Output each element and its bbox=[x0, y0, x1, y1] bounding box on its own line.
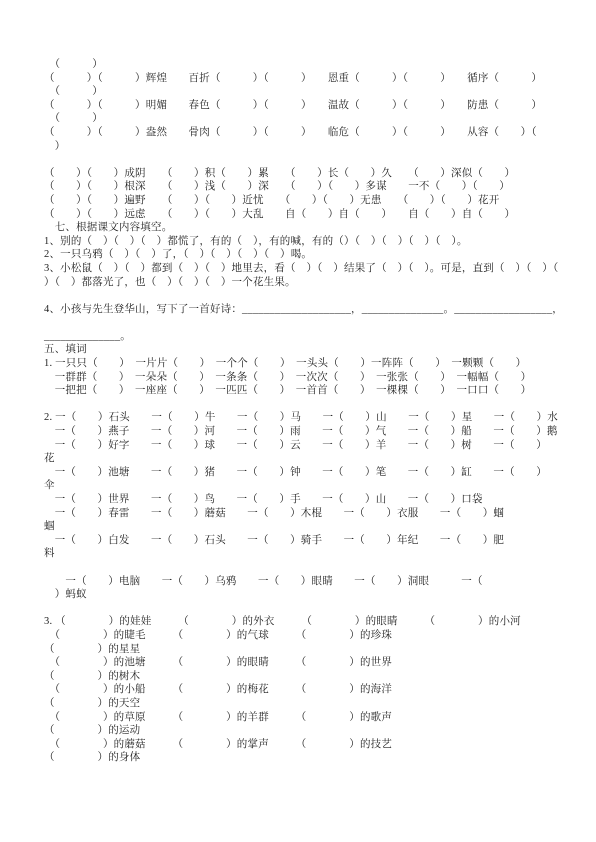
text-line: 一（ ）世界 一（ ）鸟 一（ ）手 一（ ）山 一（ ）口袋 bbox=[44, 493, 578, 507]
text-line: （ ）的天空 bbox=[44, 697, 578, 711]
text-line: ）蚂蚁 bbox=[44, 588, 578, 602]
section-five-word-fill: 五、填词1. 一只只（ ） 一片片（ ） 一个个（ ） 一头头（ ）一阵阵（ ）… bbox=[44, 343, 578, 764]
text-line: （ ）（ ）成阴 （ ）积（ ）累 （ ）长（ ）久 （ ）深似（ ） bbox=[44, 167, 578, 181]
text-line: 蝈 bbox=[44, 520, 578, 534]
text-line: 一（ ）好字 一（ ）球 一（ ）云 一（ ）羊 一（ ）树 一（ ） bbox=[44, 439, 578, 453]
text-line: （ ）的运动 bbox=[44, 724, 578, 738]
text-line: ______________。 bbox=[44, 330, 578, 344]
spacer-line bbox=[44, 602, 578, 616]
text-line: （ ）（ ）盎然 骨肉（ ）（ ） 临危（ ）（ ） 从容（ ）（ bbox=[44, 126, 578, 140]
text-line: 3、小松鼠（ ）（ ）都到（ ）（ ）地里去，看（ ）（ ）结果了（ ）（ ）。… bbox=[44, 262, 578, 276]
text-line: 3. （ ）的娃娃 （ ）的外衣 （ ）的眼睛 （ ）的小河 bbox=[44, 615, 578, 629]
text-line: 4、小孩与先生登华山，写下了一首好诗：____________________，… bbox=[44, 303, 578, 317]
spacer-line bbox=[44, 289, 578, 303]
text-line: 2、一只乌鸦（ ）（ ）了，（ ）（ ）（ ）（ ）喝。 bbox=[44, 248, 578, 262]
text-line: （ ） bbox=[44, 112, 578, 126]
spacer-line bbox=[44, 153, 578, 167]
section-idiom-completion: （ ）（ ）（ ）辉煌 百折（ ）（ ） 恩重（ ）（ ） 循序（ ） （ ）（… bbox=[44, 58, 578, 221]
text-line: 1、别的（ ）（ ）（ ）都慌了，有的（ ），有的喊，有的（）（ ）（ ）（ ）… bbox=[44, 235, 578, 249]
text-line: （ ） bbox=[44, 85, 578, 99]
text-line: ） bbox=[44, 140, 578, 154]
text-line: 五、填词 bbox=[44, 343, 578, 357]
text-line: 一群群（ ） 一朵朵（ ） 一条条（ ） 一次次（ ） 一张张（ ） 一幅幅（ … bbox=[44, 371, 578, 385]
text-line: 1. 一只只（ ） 一片片（ ） 一个个（ ） 一头头（ ）一阵阵（ ） 一颗颗… bbox=[44, 357, 578, 371]
spacer-line bbox=[44, 398, 578, 412]
text-line: 伞 bbox=[44, 479, 578, 493]
text-line: 一（ ）电脑 一（ ）乌鸦 一（ ）眼睛 一（ ）洞眼 一（ bbox=[44, 575, 578, 589]
text-line: 花 bbox=[44, 452, 578, 466]
text-line: （ ）（ ）明媚 春色（ ）（ ） 温故（ ）（ ） 防患（ ） bbox=[44, 99, 578, 113]
text-line: （ ）的蘑菇 （ ）的掌声 （ ）的技艺 bbox=[44, 738, 578, 752]
worksheet-page: （ ）（ ）（ ）辉煌 百折（ ）（ ） 恩重（ ）（ ） 循序（ ） （ ）（… bbox=[0, 0, 596, 842]
text-line: 一把把（ ） 一座座（ ） 一匹匹（ ） 一首首（ ） 一棵棵（ ） 一口口（ … bbox=[44, 384, 578, 398]
text-line: （ ）的睫毛 （ ）的气球 （ ）的珍珠 bbox=[44, 629, 578, 643]
text-line: ）（ ）都落光了，也（ ）（ ）（ ）一个花生果。 bbox=[44, 276, 578, 290]
text-line: 料 bbox=[44, 547, 578, 561]
text-line: （ ）的星星 bbox=[44, 643, 578, 657]
text-line: 一（ ）燕子 一（ ）河 一（ ）雨 一（ ）气 一（ ）船 一（ ）鹅 bbox=[44, 425, 578, 439]
text-line: （ ） bbox=[44, 58, 578, 72]
text-line: （ ）的池塘 （ ）的眼睛 （ ）的世界 bbox=[44, 656, 578, 670]
spacer-line bbox=[44, 561, 578, 575]
text-line: （ ）的草原 （ ）的羊群 （ ）的歌声 bbox=[44, 711, 578, 725]
text-line: 一（ ）春雷 一（ ）蘑菇 一（ ）木棍 一（ ）衣服 一（ ）蝈 bbox=[44, 507, 578, 521]
text-line: 一（ ）白发 一（ ）石头 一（ ）骑手 一（ ）年纪 一（ ）肥 bbox=[44, 534, 578, 548]
text-line: （ ）的小船 （ ）的梅花 （ ）的海洋 bbox=[44, 683, 578, 697]
text-line: （ ）（ ）遍野 （ ）（ ）近忧 （ ）（ ）无患 （ ）（ ）花开 bbox=[44, 194, 578, 208]
text-line: 七、根据课文内容填空。 bbox=[44, 221, 578, 235]
text-line: （ ）（ ）远虑 （ ）（ ）大乱 自（ ）自（ ） 自（ ）自（ ） bbox=[44, 208, 578, 222]
spacer-line bbox=[44, 316, 578, 330]
text-line: 2. 一（ ）石头 一（ ）牛 一（ ）马 一（ ）山 一（ ）星 一（ ）水 bbox=[44, 411, 578, 425]
text-line: （ ）（ ）根深 （ ）浅（ ）深 （ ）（ ）多谋 一不（ ）（ ） bbox=[44, 180, 578, 194]
document-body: （ ）（ ）（ ）辉煌 百折（ ）（ ） 恩重（ ）（ ） 循序（ ） （ ）（… bbox=[44, 58, 578, 765]
text-line: （ ）的树木 bbox=[44, 670, 578, 684]
text-line: （ ）（ ）辉煌 百折（ ）（ ） 恩重（ ）（ ） 循序（ ） bbox=[44, 72, 578, 86]
text-line: 一（ ）池塘 一（ ）猪 一（ ）钟 一（ ）笔 一（ ）缸 一（ ） bbox=[44, 466, 578, 480]
section-seven-text-fill: 七、根据课文内容填空。1、别的（ ）（ ）（ ）都慌了，有的（ ），有的喊，有的… bbox=[44, 221, 578, 343]
text-line: （ ）的身体 bbox=[44, 751, 578, 765]
